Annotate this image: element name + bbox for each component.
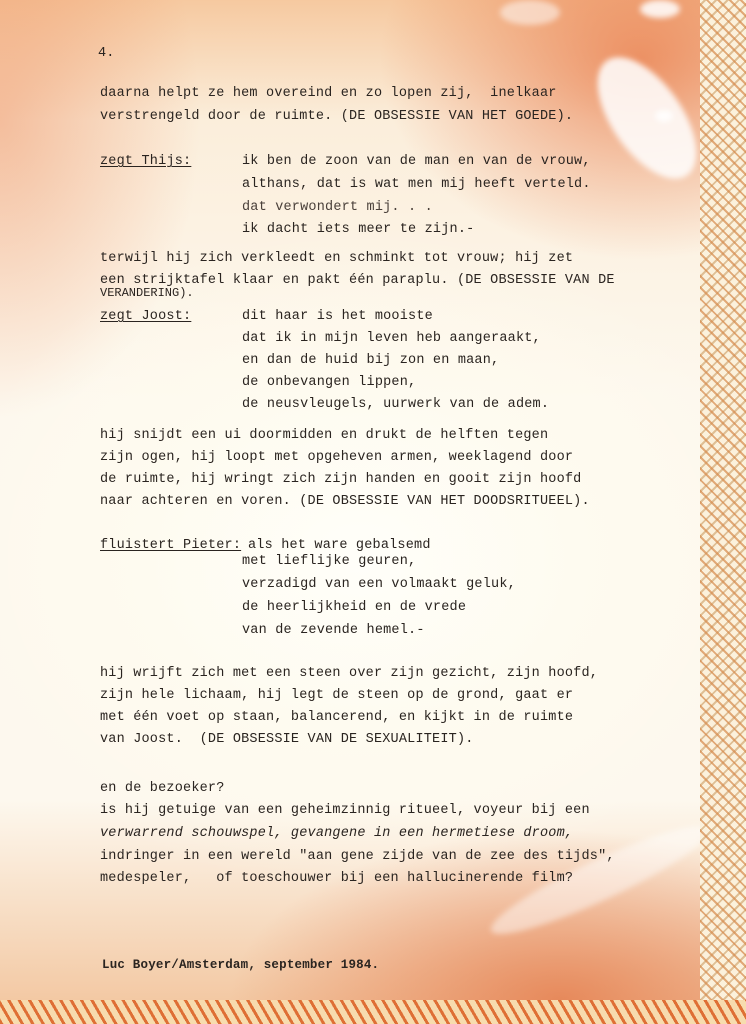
verse-line: althans, dat is wat men mij heeft vertel…: [242, 177, 591, 192]
typewritten-document: 4. daarna helpt ze hem overeind en zo lo…: [0, 0, 700, 1000]
verse-line: ik ben de zoon van de man en van de vrou…: [242, 154, 591, 169]
paragraph-line: hij snijdt een ui doormidden en drukt de…: [100, 428, 548, 443]
paragraph-line: en de bezoeker?: [100, 781, 225, 796]
paragraph-line: hij wrijft zich met een steen over zijn …: [100, 666, 598, 681]
verse-line: dat verwondert mij. . .: [242, 200, 433, 215]
verse-line: van de zevende hemel.-: [242, 623, 425, 638]
paragraph-line: met één voet op staan, balancerend, en k…: [100, 710, 573, 725]
speaker-label-thijs: zegt Thijs:: [100, 154, 191, 169]
verse-line: met lieflijke geuren,: [242, 554, 416, 569]
paragraph-line: indringer in een wereld "aan gene zijde …: [100, 849, 615, 864]
verse-line: de heerlijkheid en de vrede: [242, 600, 466, 615]
verse-line: verzadigd van een volmaakt geluk,: [242, 577, 516, 592]
paragraph-line: terwijl hij zich verkleedt en schminkt t…: [100, 251, 573, 266]
page-number: 4.: [98, 46, 115, 61]
paragraph-line: de ruimte, hij wringt zich zijn handen e…: [100, 472, 581, 487]
speaker-label-joost: zegt Joost:: [100, 309, 191, 324]
paragraph-line: zijn hele lichaam, hij legt de steen op …: [100, 688, 573, 703]
verse-line: en dan de huid bij zon en maan,: [242, 353, 499, 368]
paragraph-line: zijn ogen, hij loopt met opgeheven armen…: [100, 450, 573, 465]
paragraph-line: daarna helpt ze hem overeind en zo lopen…: [100, 86, 557, 101]
paragraph-line: naar achteren en voren. (DE OBSESSIE VAN…: [100, 494, 590, 509]
verse-line: de neusvleugels, uurwerk van de adem.: [242, 397, 549, 412]
paragraph-line: verstrengeld door de ruimte. (DE OBSESSI…: [100, 109, 573, 124]
paragraph-line: is hij getuige van een geheimzinnig ritu…: [100, 803, 590, 818]
verse-line: ik dacht iets meer te zijn.-: [242, 222, 474, 237]
verse-line: dat ik in mijn leven heb aangeraakt,: [242, 331, 541, 346]
signature: Luc Boyer/Amsterdam, september 1984.: [102, 958, 379, 972]
paragraph-line: van Joost. (DE OBSESSIE VAN DE SEXUALITE…: [100, 732, 474, 747]
verse-line: dit haar is het mooiste: [242, 309, 433, 324]
paragraph-line: medespeler, of toeschouwer bij een hallu…: [100, 871, 573, 886]
decorative-border-right: [700, 0, 746, 1024]
speaker-label-pieter: fluistert Pieter:: [100, 538, 241, 553]
verse-line: de onbevangen lippen,: [242, 375, 416, 390]
paragraph-line: verwarrend schouwspel, gevangene in een …: [100, 826, 573, 841]
decorative-border-bottom: [0, 1000, 746, 1024]
paragraph-line: VERANDERING).: [100, 286, 194, 300]
verse-line: als het ware gebalsemd: [248, 538, 431, 553]
